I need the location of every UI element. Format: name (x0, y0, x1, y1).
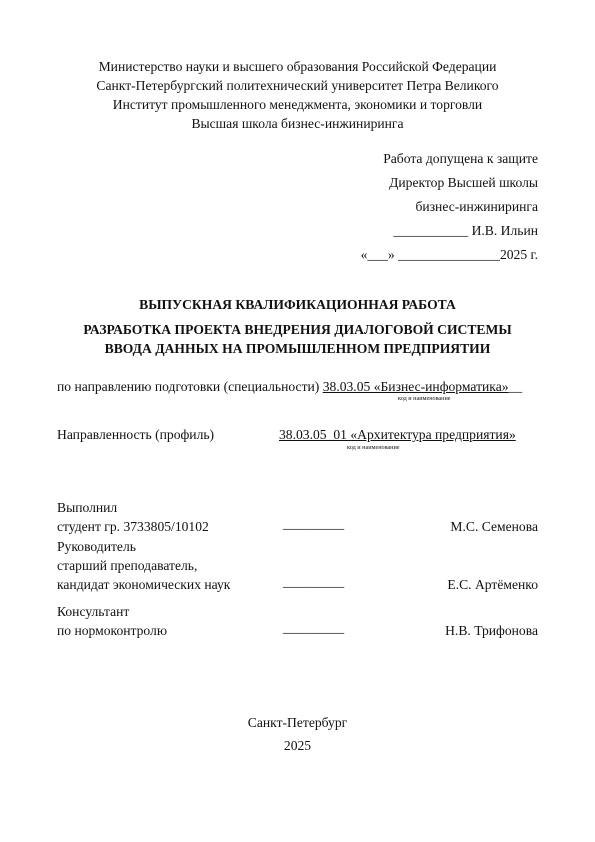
profile-caption: код и наименование (347, 444, 400, 451)
direction-label: по направлению подготовки (специальности… (57, 379, 319, 394)
approval-director: Директор Высшей школы (389, 175, 538, 191)
topic-line-1: РАЗРАБОТКА ПРОЕКТА ВНЕДРЕНИЯ ДИАЛОГОВОЙ … (0, 322, 595, 338)
performer-sign-line: _________ (283, 516, 344, 532)
university-line: Санкт-Петербургский политехнический унив… (0, 76, 595, 95)
school-line: Высшая школа бизнес-инжиниринга (0, 114, 595, 133)
approval-school: бизнес-инжиниринга (416, 199, 539, 215)
performer-group: студент гр. 3733805/10102 (57, 519, 209, 535)
supervisor-degree: кандидат экономических наук (57, 577, 230, 593)
ministry-line: Министерство науки и высшего образования… (0, 57, 595, 76)
footer-year: 2025 (0, 738, 595, 754)
supervisor-role: Руководитель (57, 539, 136, 555)
consultant-area: по нормоконтролю (57, 623, 167, 639)
work-type-title: ВЫПУСКНАЯ КВАЛИФИКАЦИОННАЯ РАБОТА (0, 297, 595, 313)
topic-line-2: ВВОДА ДАННЫХ НА ПРОМЫШЛЕННОМ ПРЕДПРИЯТИИ (0, 341, 595, 357)
consultant-name: Н.В. Трифонова (445, 623, 538, 639)
profile-label: Направленность (профиль) (57, 427, 214, 443)
approval-date: «___» _______________2025 г. (361, 247, 538, 263)
institute-line: Институт промышленного менеджмента, экон… (0, 95, 595, 114)
approval-signature: ___________ И.В. Ильин (393, 223, 538, 239)
supervisor-position: старший преподаватель, (57, 558, 197, 574)
performer-role: Выполнил (57, 500, 117, 516)
direction-value: 38.03.05 «Бизнес-информатика» (323, 379, 509, 394)
profile-value: 38.03.05_01 «Архитектура предприятия» (279, 427, 516, 443)
supervisor-name: Е.С. Артёменко (447, 577, 538, 593)
direction-trail: __ (509, 379, 523, 394)
footer-city: Санкт-Петербург (0, 715, 595, 731)
direction-row: по направлению подготовки (специальности… (57, 379, 522, 395)
approval-admitted: Работа допущена к защите (383, 151, 538, 167)
consultant-sign-line: _________ (283, 620, 344, 636)
direction-caption: код и наименование (398, 395, 451, 402)
supervisor-sign-line: _________ (283, 574, 344, 590)
consultant-role: Консультант (57, 604, 129, 620)
performer-name: М.С. Семенова (450, 519, 538, 535)
